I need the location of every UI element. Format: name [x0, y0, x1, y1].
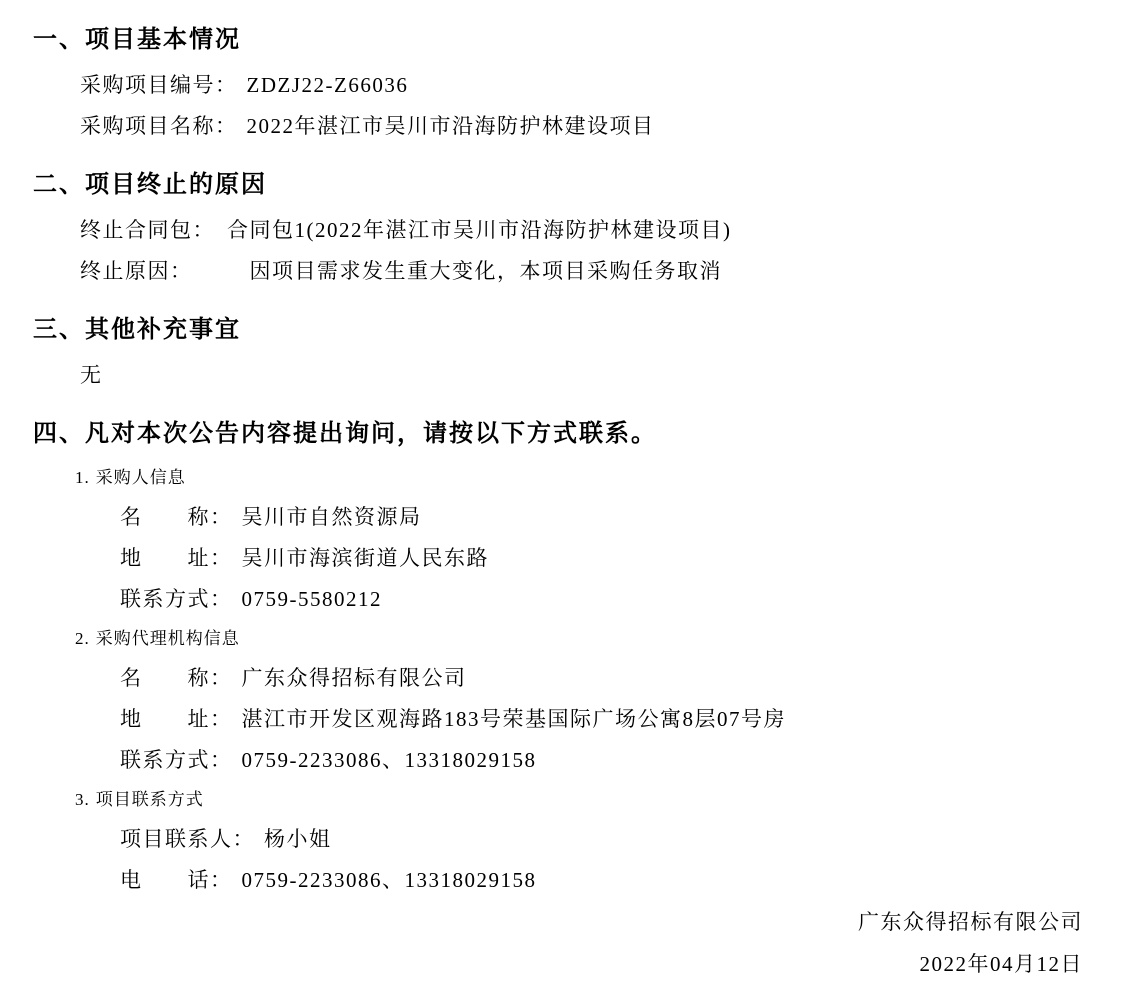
terminated-contract-package-row: 终止合同包： 合同包1(2022年湛江市吴川市沿海防护林建设项目) — [80, 210, 1083, 251]
field-label: 采购项目编号： — [80, 73, 238, 97]
agency-name-row: 名 称：广东众得招标有限公司 — [120, 658, 1083, 699]
purchaser-name-row: 名 称：吴川市自然资源局 — [120, 497, 1083, 538]
purchaser-address-row: 地 址：吴川市海滨街道人民东路 — [120, 538, 1083, 579]
section-heading-termination-reason: 二、项目终止的原因 — [33, 170, 1083, 200]
field-label: 地 址： — [120, 546, 233, 570]
subheading-title: 采购人信息 — [96, 468, 186, 487]
supplementary-note-row: 无 — [80, 355, 1083, 396]
project-contact-phone-row: 电 话：0759-2233086、13318029158 — [120, 860, 1083, 901]
subheading-title: 采购代理机构信息 — [96, 629, 240, 648]
field-value: 广东众得招标有限公司 — [242, 666, 467, 690]
termination-announcement-document: 一、项目基本情况 采购项目编号：ZDZJ22-Z66036 采购项目名称：202… — [0, 0, 1121, 989]
agency-info-subheading: 2.采购代理机构信息 — [75, 620, 1083, 658]
project-contact-person-row: 项目联系人：杨小姐 — [120, 819, 1083, 860]
project-contact-subheading: 3.项目联系方式 — [75, 781, 1083, 819]
agency-address-row: 地 址：湛江市开发区观海路183号荣基国际广场公寓8层07号房 — [120, 699, 1083, 740]
list-number: 2. — [75, 629, 90, 648]
section-heading-basic-info: 一、项目基本情况 — [33, 25, 1083, 55]
list-number: 3. — [75, 790, 90, 809]
field-label: 名 称： — [120, 505, 233, 529]
field-value: 湛江市开发区观海路183号荣基国际广场公寓8层07号房 — [242, 707, 787, 731]
field-value: 0759-2233086、13318029158 — [242, 748, 537, 772]
field-label: 联系方式： — [120, 587, 233, 611]
procurement-project-code-row: 采购项目编号：ZDZJ22-Z66036 — [80, 65, 1083, 106]
list-number: 1. — [75, 468, 90, 487]
field-label: 名 称： — [120, 666, 233, 690]
field-value: ZDZJ22-Z66036 — [247, 73, 409, 97]
section-heading-supplementary-matters: 三、其他补充事宜 — [33, 315, 1083, 345]
field-value: 因项目需求发生重大变化，本项目采购任务取消 — [250, 259, 723, 283]
signature-company: 广东众得招标有限公司 — [33, 901, 1083, 943]
field-label: 地 址： — [120, 707, 233, 731]
field-label: 电 话： — [120, 868, 233, 892]
field-label: 项目联系人： — [120, 827, 255, 851]
field-label: 采购项目名称： — [80, 114, 238, 138]
section-heading-contact-methods: 四、凡对本次公告内容提出询问，请按以下方式联系。 — [33, 419, 1083, 449]
signature-date: 2022年04月12日 — [33, 943, 1083, 985]
field-value: 0759-5580212 — [242, 587, 383, 611]
field-value: 合同包1(2022年湛江市吴川市沿海防护林建设项目) — [227, 218, 732, 242]
subheading-title: 项目联系方式 — [96, 790, 204, 809]
procurement-project-name-row: 采购项目名称：2022年湛江市吴川市沿海防护林建设项目 — [80, 106, 1083, 147]
termination-reason-row: 终止原因： 因项目需求发生重大变化，本项目采购任务取消 — [80, 251, 1083, 292]
field-value: 2022年湛江市吴川市沿海防护林建设项目 — [247, 114, 655, 138]
field-value: 0759-2233086、13318029158 — [242, 868, 537, 892]
purchaser-phone-row: 联系方式：0759-5580212 — [120, 579, 1083, 620]
agency-phone-row: 联系方式：0759-2233086、13318029158 — [120, 740, 1083, 781]
field-label: 联系方式： — [120, 748, 233, 772]
purchaser-info-subheading: 1.采购人信息 — [75, 459, 1083, 497]
field-value: 吴川市海滨街道人民东路 — [242, 546, 490, 570]
field-label: 终止原因： — [80, 259, 250, 283]
field-value: 无 — [80, 363, 103, 387]
field-value: 杨小姐 — [264, 827, 332, 851]
field-value: 吴川市自然资源局 — [242, 505, 422, 529]
field-label: 终止合同包： — [80, 218, 227, 242]
